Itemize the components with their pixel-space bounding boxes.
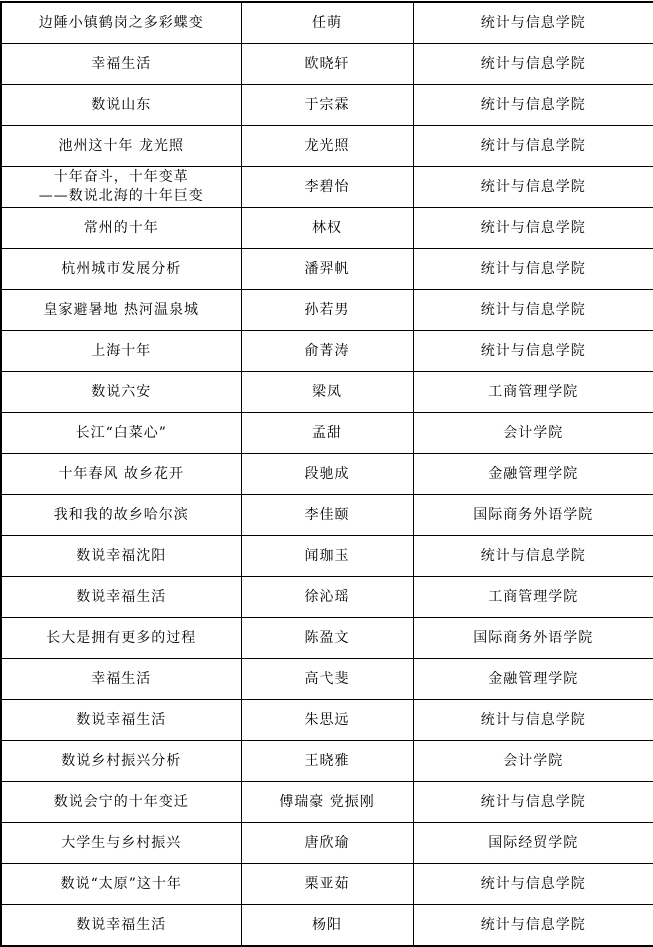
- college-cell: 国际商务外语学院: [413, 495, 653, 536]
- author-cell: 王晓雅: [241, 741, 413, 782]
- college-cell: 统计与信息学院: [413, 85, 653, 126]
- work-title-cell: 数说山东: [1, 85, 241, 126]
- author-cell: 潘羿帆: [241, 249, 413, 290]
- work-title-cell: 数说乡村振兴分析: [1, 741, 241, 782]
- college-cell: 统计与信息学院: [413, 290, 653, 331]
- college-cell: 统计与信息学院: [413, 249, 653, 290]
- work-title-cell: 十年春风 故乡花开: [1, 454, 241, 495]
- author-cell: 朱思远: [241, 700, 413, 741]
- work-title-cell: 十年奋斗，十年变革——数说北海的十年巨变: [1, 167, 241, 208]
- work-title: 幸福生活: [4, 55, 239, 74]
- work-title: 幸福生活: [4, 670, 239, 689]
- college-cell: 国际经贸学院: [413, 823, 653, 864]
- college-cell: 统计与信息学院: [413, 2, 653, 44]
- work-title: 我和我的故乡哈尔滨: [4, 506, 239, 525]
- work-title: 池州这十年 龙光照: [4, 137, 239, 156]
- author-cell: 于宗霖: [241, 85, 413, 126]
- works-table: 边陲小镇鹤岗之多彩蝶变任萌统计与信息学院幸福生活欧晓轩统计与信息学院数说山东于宗…: [0, 1, 653, 945]
- college-cell: 金融管理学院: [413, 454, 653, 495]
- work-title: 上海十年: [4, 342, 239, 361]
- work-title-cell: 数说幸福沈阳: [1, 536, 241, 577]
- table-row: 数说山东于宗霖统计与信息学院: [1, 85, 653, 126]
- work-title: 杭州城市发展分析: [4, 260, 239, 279]
- table-row: 数说幸福生活朱思远统计与信息学院: [1, 700, 653, 741]
- work-title: 大学生与乡村振兴: [4, 834, 239, 853]
- work-title-cell: 数说幸福生活: [1, 700, 241, 741]
- table-row: 常州的十年林权统计与信息学院: [1, 208, 653, 249]
- table-row: 数说幸福沈阳闻珈玉统计与信息学院: [1, 536, 653, 577]
- table-row: 数说六安梁凤工商管理学院: [1, 372, 653, 413]
- table-row: 数说乡村振兴分析王晓雅会计学院: [1, 741, 653, 782]
- work-title-cell: 我和我的故乡哈尔滨: [1, 495, 241, 536]
- work-title-cell: 数说会宁的十年变迁: [1, 782, 241, 823]
- author-cell: 傅瑞豪 党振刚: [241, 782, 413, 823]
- table-row: 数说“太原”这十年栗亚茹统计与信息学院: [1, 864, 653, 905]
- table-row: 皇家避暑地 热河温泉城孙若男统计与信息学院: [1, 290, 653, 331]
- college-cell: 统计与信息学院: [413, 905, 653, 946]
- college-cell: 统计与信息学院: [413, 208, 653, 249]
- work-title-cell: 边陲小镇鹤岗之多彩蝶变: [1, 2, 241, 44]
- work-title-subtitle: ——数说北海的十年巨变: [4, 187, 239, 206]
- work-title: 数说山东: [4, 96, 239, 115]
- author-cell: 高弋斐: [241, 659, 413, 700]
- work-title: 数说“太原”这十年: [4, 875, 239, 894]
- work-title-cell: 皇家避暑地 热河温泉城: [1, 290, 241, 331]
- table-row: 幸福生活高弋斐金融管理学院: [1, 659, 653, 700]
- work-title: 数说乡村振兴分析: [4, 752, 239, 771]
- author-cell: 陈盈文: [241, 618, 413, 659]
- table-row: 大学生与乡村振兴唐欣瑜国际经贸学院: [1, 823, 653, 864]
- college-cell: 会计学院: [413, 741, 653, 782]
- table-row: 我和我的故乡哈尔滨李佳颐国际商务外语学院: [1, 495, 653, 536]
- author-cell: 李佳颐: [241, 495, 413, 536]
- work-title: 数说幸福生活: [4, 588, 239, 607]
- college-cell: 统计与信息学院: [413, 700, 653, 741]
- author-cell: 孟甜: [241, 413, 413, 454]
- table-row: 幸福生活欧晓轩统计与信息学院: [1, 44, 653, 85]
- author-cell: 唐欣瑜: [241, 823, 413, 864]
- college-cell: 统计与信息学院: [413, 331, 653, 372]
- author-cell: 龙光照: [241, 126, 413, 167]
- author-cell: 孙若男: [241, 290, 413, 331]
- work-title: 数说会宁的十年变迁: [4, 793, 239, 812]
- work-title: 数说幸福生活: [4, 916, 239, 935]
- work-title-cell: 上海十年: [1, 331, 241, 372]
- author-cell: 林权: [241, 208, 413, 249]
- table-row: 池州这十年 龙光照龙光照统计与信息学院: [1, 126, 653, 167]
- college-cell: 统计与信息学院: [413, 536, 653, 577]
- table-row: 长大是拥有更多的过程陈盈文国际商务外语学院: [1, 618, 653, 659]
- work-title: 长大是拥有更多的过程: [4, 629, 239, 648]
- table-row: 边陲小镇鹤岗之多彩蝶变任萌统计与信息学院: [1, 2, 653, 44]
- college-cell: 统计与信息学院: [413, 44, 653, 85]
- work-title-cell: 数说幸福生活: [1, 905, 241, 946]
- work-title-cell: 数说“太原”这十年: [1, 864, 241, 905]
- work-title: 十年春风 故乡花开: [4, 465, 239, 484]
- author-cell: 李碧怡: [241, 167, 413, 208]
- work-title-cell: 数说幸福生活: [1, 577, 241, 618]
- author-cell: 徐沁瑶: [241, 577, 413, 618]
- work-title: 长江“白菜心”: [4, 424, 239, 443]
- author-cell: 栗亚茹: [241, 864, 413, 905]
- work-title-cell: 杭州城市发展分析: [1, 249, 241, 290]
- college-cell: 统计与信息学院: [413, 126, 653, 167]
- author-cell: 任萌: [241, 2, 413, 44]
- work-title-cell: 常州的十年: [1, 208, 241, 249]
- author-cell: 俞菁涛: [241, 331, 413, 372]
- college-cell: 金融管理学院: [413, 659, 653, 700]
- work-title: 皇家避暑地 热河温泉城: [4, 301, 239, 320]
- work-title: 边陲小镇鹤岗之多彩蝶变: [4, 14, 239, 33]
- author-cell: 杨阳: [241, 905, 413, 946]
- college-cell: 工商管理学院: [413, 577, 653, 618]
- work-title: 数说幸福生活: [4, 711, 239, 730]
- college-cell: 工商管理学院: [413, 372, 653, 413]
- college-cell: 会计学院: [413, 413, 653, 454]
- works-table-body: 边陲小镇鹤岗之多彩蝶变任萌统计与信息学院幸福生活欧晓轩统计与信息学院数说山东于宗…: [1, 2, 653, 945]
- work-title: 十年奋斗，十年变革: [4, 168, 239, 187]
- table-row: 数说会宁的十年变迁傅瑞豪 党振刚统计与信息学院: [1, 782, 653, 823]
- work-title: 数说六安: [4, 383, 239, 402]
- work-title-cell: 大学生与乡村振兴: [1, 823, 241, 864]
- table-row: 数说幸福生活徐沁瑶工商管理学院: [1, 577, 653, 618]
- table-row: 上海十年俞菁涛统计与信息学院: [1, 331, 653, 372]
- work-title-cell: 幸福生活: [1, 44, 241, 85]
- table-row: 杭州城市发展分析潘羿帆统计与信息学院: [1, 249, 653, 290]
- table-row: 长江“白菜心”孟甜会计学院: [1, 413, 653, 454]
- table-row: 数说幸福生活杨阳统计与信息学院: [1, 905, 653, 946]
- author-cell: 闻珈玉: [241, 536, 413, 577]
- college-cell: 统计与信息学院: [413, 167, 653, 208]
- work-title-cell: 幸福生活: [1, 659, 241, 700]
- table-row: 十年奋斗，十年变革——数说北海的十年巨变李碧怡统计与信息学院: [1, 167, 653, 208]
- work-title-cell: 长大是拥有更多的过程: [1, 618, 241, 659]
- work-title: 常州的十年: [4, 219, 239, 238]
- college-cell: 统计与信息学院: [413, 864, 653, 905]
- college-cell: 国际商务外语学院: [413, 618, 653, 659]
- table-row: 十年春风 故乡花开段驰成金融管理学院: [1, 454, 653, 495]
- college-cell: 统计与信息学院: [413, 782, 653, 823]
- work-title-cell: 长江“白菜心”: [1, 413, 241, 454]
- work-title-cell: 池州这十年 龙光照: [1, 126, 241, 167]
- author-cell: 梁凤: [241, 372, 413, 413]
- work-title: 数说幸福沈阳: [4, 547, 239, 566]
- author-cell: 段驰成: [241, 454, 413, 495]
- author-cell: 欧晓轩: [241, 44, 413, 85]
- work-title-cell: 数说六安: [1, 372, 241, 413]
